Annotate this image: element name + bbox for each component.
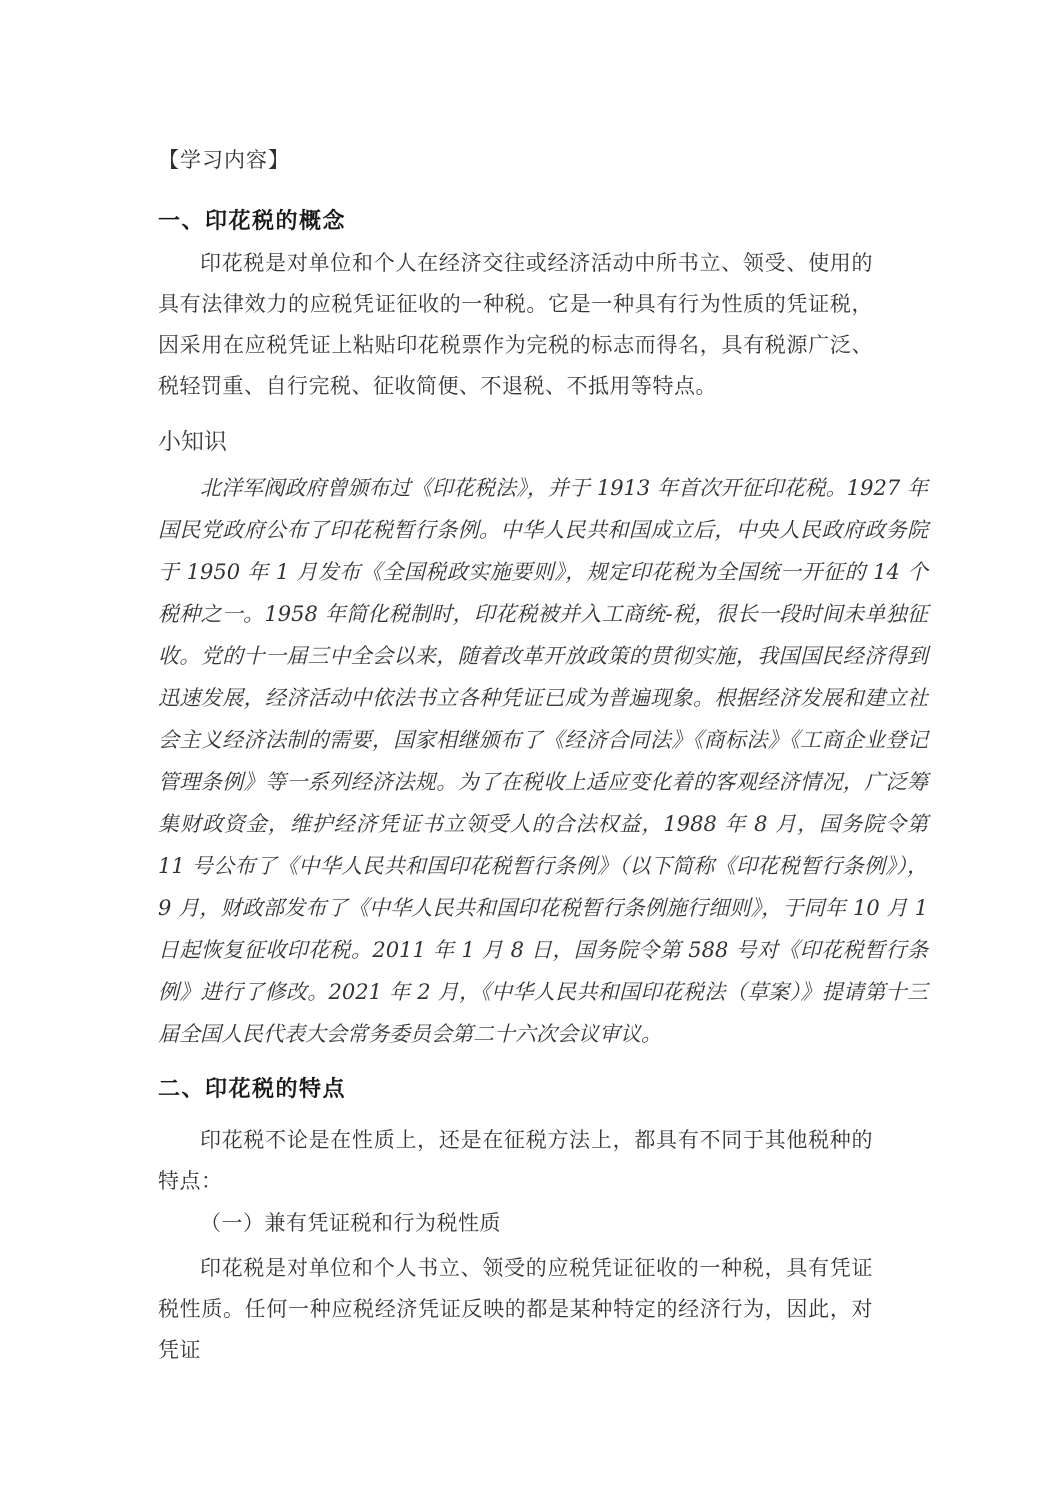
heading-stamp-tax-concept: 一、印花税的概念 [158, 200, 873, 241]
heading-stamp-tax-features: 二、印花税的特点 [158, 1068, 873, 1109]
paragraph-feature-item-one-body: 印花税是对单位和个人书立、领受的应税凭证征收的一种税，具有凭证税性质。任何一种应… [158, 1248, 873, 1371]
document-content: 【学习内容】 一、印花税的概念 印花税是对单位和个人在经济交往或经济活动中所书立… [158, 0, 873, 1371]
tip-box-title: 小知识 [158, 421, 873, 462]
paragraph-feature-item-one: （一）兼有凭证税和行为税性质 [158, 1203, 873, 1244]
document-page: 【学习内容】 一、印花税的概念 印花税是对单位和个人在经济交往或经济活动中所书立… [0, 0, 1059, 1497]
paragraph-features-intro: 印花税不论是在性质上，还是在征税方法上，都具有不同于其他税种的特点： [158, 1120, 873, 1202]
tip-box-history-note: 北洋军阀政府曾颁布过《印花税法》，并于 1913 年首次开征印花税。1927 年… [158, 467, 928, 1055]
paragraph-stamp-tax-definition: 印花税是对单位和个人在经济交往或经济活动中所书立、领受、使用的具有法律效力的应税… [158, 243, 873, 407]
section-marker-learning-content: 【学习内容】 [158, 140, 873, 181]
